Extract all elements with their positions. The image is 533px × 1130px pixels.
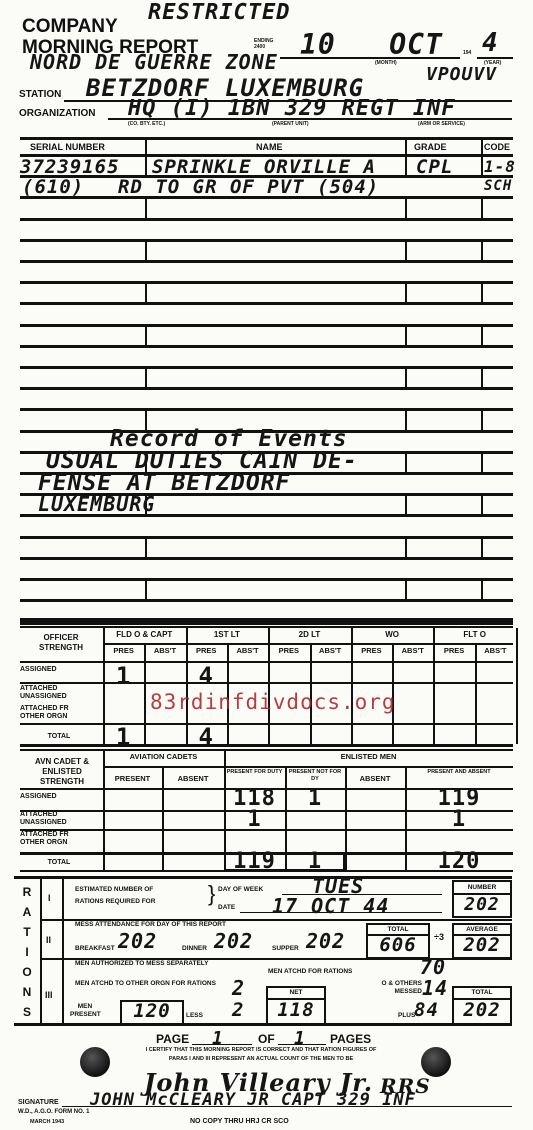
officer-col-separator (433, 628, 435, 744)
officer-subcol-header: PRES (103, 646, 144, 655)
roster-col-separator (481, 408, 483, 430)
mess-total-label: TOTAL (366, 926, 430, 933)
officer-group-header: FLD O & CAPT (103, 630, 186, 639)
certification-text: I CERTIFY THAT THIS MORNING REPORT IS CO… (136, 1046, 386, 1064)
roster-col-separator (405, 281, 407, 303)
report-date: 10 OCT (300, 28, 443, 61)
breakfast-label: BREAKFAST (75, 945, 115, 952)
roster-col-separator (481, 154, 483, 176)
page-label: PAGE (156, 1032, 189, 1046)
roster-rule (20, 302, 513, 305)
roster-top-rule (20, 137, 513, 140)
enlisted-subcol-header: PRESENT (103, 774, 162, 783)
roster-col-separator (145, 578, 147, 600)
officer-col-separator (516, 628, 518, 744)
roster-col-separator (481, 196, 483, 218)
officer-row-label: ATTACHED FROTHER ORGN (20, 705, 100, 721)
record-of-events-line3: LUXEMBURG (38, 492, 155, 516)
roster-header-separator (405, 138, 407, 154)
roster-col-separator (481, 281, 483, 303)
officer-group-header: FLT O (433, 630, 516, 639)
roster-col-separator (405, 536, 407, 558)
officer-subcol-header: ABS'T (227, 646, 268, 655)
roster-header-separator (481, 138, 483, 154)
enlisted-men-header: ENLISTED MEN (224, 752, 513, 761)
form-title-company: COMPANY (22, 16, 118, 38)
enlisted-cell-value: 1 (405, 807, 513, 832)
ending-label: ENDING 2400 (254, 38, 276, 50)
enlisted-cell-value: 1 (285, 849, 345, 874)
binder-hole-right (421, 1047, 451, 1077)
officer-subcol-header: PRES (268, 646, 309, 655)
supper-value: 202 (306, 929, 345, 953)
dinner-label: DINNER (182, 945, 207, 952)
enlisted-cell-value: 120 (405, 849, 513, 874)
plus-value: 84 (414, 999, 439, 1021)
organization-value: HQ (I) 1BN 329 REGT INF (128, 96, 456, 121)
officer-cell-value: 1 (103, 723, 144, 751)
section-iii-numeral: III (45, 990, 53, 1000)
roster-rule (20, 218, 513, 221)
roster-col-separator (481, 324, 483, 346)
roster-col-separator (145, 324, 147, 346)
rations-side-letter: O (20, 962, 34, 982)
others-messed-label: O & OTHERS MESSED (372, 980, 422, 996)
officer-row-label: ATTACHEDUNASSIGNED (20, 685, 100, 701)
officer-subcol-header: PRES (186, 646, 227, 655)
roster-rule (20, 366, 513, 369)
enlisted-rule (103, 766, 513, 768)
date-label: DATE (218, 904, 235, 911)
roster-rule (20, 324, 513, 327)
rations-side-label: RATIONS (20, 882, 34, 1022)
roster-col-separator (405, 324, 407, 346)
rations-top-rule (14, 876, 512, 879)
rations-side-letter: T (20, 922, 34, 942)
officer-subcol-header: PRES (433, 646, 474, 655)
col-name: NAME (256, 142, 283, 152)
org-caption-co: (CO. BTY. ETC.) (128, 121, 165, 127)
entry2-serial: (610) (22, 176, 84, 198)
officer-col-separator (475, 643, 477, 744)
station-label: STATION (19, 89, 61, 100)
average-value: 202 (452, 934, 512, 956)
officer-top-rule (20, 622, 513, 625)
roster-rule (20, 281, 513, 284)
entry-name: SPRINKLE ORVILLE A (152, 156, 376, 178)
officer-row-label: ASSIGNED (20, 666, 100, 674)
section-i-label1: ESTIMATED NUMBER OF (75, 886, 153, 893)
month-caption: (MONTH) (375, 60, 397, 66)
enlisted-row-label: ATTACHED UNASSIGNED (20, 811, 100, 827)
roster-col-separator (405, 366, 407, 388)
brace: } (208, 881, 215, 907)
enlisted-subcol-header: ABSENT (162, 774, 224, 783)
enlisted-subcol-header: PRESENT NOT FOR DY (285, 769, 345, 783)
roster-col-separator (405, 196, 407, 218)
form-date: MARCH 1943 (30, 1119, 64, 1125)
roster-col-separator (405, 578, 407, 600)
officer-group-header: 2D LT (268, 630, 351, 639)
roster-col-separator (481, 451, 483, 473)
entry-serial: 37239165 (20, 156, 120, 178)
rations-side-letter: R (20, 882, 34, 902)
officer-rule (20, 682, 513, 684)
section-i-label2: RATIONS REQUIRED FOR (75, 898, 155, 905)
number-value: 202 (452, 894, 512, 915)
copy-note: NO COPY THRU HRJ CR SCO (190, 1118, 289, 1125)
signature-name: JOHN McCLEARY JR CAPT 329 INF (90, 1090, 416, 1110)
roster-col-separator (405, 493, 407, 515)
officer-row-label: TOTAL (20, 733, 98, 741)
officer-cell-value: 4 (186, 723, 227, 751)
enlisted-row-label: ATTACHED FROTHER ORGN (20, 831, 100, 847)
less-value: 2 (232, 999, 244, 1021)
roster-col-separator (481, 493, 483, 515)
col-serial-number: SERIAL NUMBER (30, 142, 105, 152)
roster-col-separator (481, 239, 483, 261)
officer-subcol-header: ABS'T (144, 646, 185, 655)
enlisted-cell-value: 1 (285, 786, 345, 811)
roster-rule (20, 408, 513, 411)
roster-col-separator (405, 239, 407, 261)
divide-by-three: ÷3 (434, 932, 444, 942)
aviation-cadets-header: AVIATION CADETS (103, 752, 224, 761)
form-number: W.D., A.G.O. FORM NO. 1 (18, 1109, 89, 1115)
roster-col-separator (145, 154, 147, 176)
roster-col-separator (405, 451, 407, 473)
roster-col-separator (405, 154, 407, 176)
net-value: 118 (266, 999, 326, 1021)
enlisted-row-label: ASSIGNED (20, 793, 100, 801)
organization-label: ORGANIZATION (19, 108, 95, 119)
officer-cell-value: 1 (103, 662, 144, 690)
entry-grade: CPL (416, 156, 453, 178)
officer-rule (20, 661, 513, 663)
entry2-change: RD TO GR OF PVT (504) (118, 176, 379, 198)
men-atchd-for-rations-label: MEN ATCHD FOR RATIONS (268, 968, 352, 975)
roster-rule (20, 578, 513, 581)
officer-rule (20, 744, 513, 747)
org-caption-arm: (ARM OR SERVICE) (418, 121, 465, 127)
rations-side-letter: I (20, 942, 34, 962)
officer-top-rule-2 (20, 626, 513, 628)
officer-cell-value: 4 (186, 662, 227, 690)
col-grade: GRADE (414, 142, 447, 152)
roster-rule (20, 239, 513, 242)
enlisted-subcol-header: PRESENT AND ABSENT (405, 769, 513, 776)
enlisted-col-separator (162, 766, 164, 872)
officer-rule (20, 749, 513, 751)
roster-col-separator (405, 408, 407, 430)
officer-subcol-header: ABS'T (310, 646, 351, 655)
classification-stamp: RESTRICTED (148, 0, 290, 25)
report-year: 4 (482, 28, 499, 58)
officer-rule (20, 723, 513, 725)
breakfast-value: 202 (118, 929, 157, 953)
mess-total-value: 606 (366, 934, 430, 956)
apo-note: VPOUVV (426, 64, 497, 85)
plus-label: PLUS (398, 1012, 415, 1019)
men-present-value: 120 (120, 1000, 184, 1022)
roster-rule (20, 260, 513, 263)
ration-total-label: TOTAL (452, 989, 512, 996)
officer-col-separator (351, 628, 353, 744)
officer-strength-label: OFFICER STRENGTH (22, 633, 100, 653)
rations-bottom-rule (14, 1023, 512, 1026)
rations-vline-2 (62, 878, 64, 1024)
signature-label: SIGNATURE (18, 1099, 59, 1106)
roster-col-separator (145, 366, 147, 388)
roster-col-separator (145, 536, 147, 558)
roster-rule (20, 345, 513, 348)
officer-col-separator (144, 643, 146, 744)
section-ii-numeral: II (46, 935, 51, 945)
roster-bottom-rule (20, 618, 513, 621)
auth-mess-separately-label: MEN AUTHORIZED TO MESS SEPARATELY (75, 960, 245, 968)
officer-rule (103, 643, 513, 645)
ration-total-value: 202 (452, 999, 512, 1021)
officer-col-separator (268, 628, 270, 744)
binder-hole-left (80, 1047, 110, 1077)
org-caption-parent: (PARENT UNIT) (272, 121, 309, 127)
rations-vline-1 (40, 878, 42, 1024)
entry2-code: SCH (484, 178, 512, 194)
enlisted-subcol-header: PRESENT FOR DUTY (224, 769, 285, 776)
roster-rule (20, 387, 513, 390)
number-label: NUMBER (452, 884, 512, 891)
roster-col-separator (481, 536, 483, 558)
supper-label: SUPPER (272, 945, 299, 952)
roster-rule (20, 536, 513, 539)
officer-subcol-header: PRES (351, 646, 392, 655)
col-code: CODE (484, 142, 510, 152)
rations-side-letter: N (20, 982, 34, 1002)
officer-group-header: 1ST LT (186, 630, 269, 639)
enlisted-col-separator (103, 750, 105, 872)
location-note: NORD DE GUERRE ZONE (30, 50, 278, 74)
of-label: OF (258, 1032, 275, 1046)
officer-group-header: WO (351, 630, 434, 639)
men-present-label: MEN PRESENT (70, 1003, 100, 1019)
mess-attendance-label: MESS ATTENDANCE FOR DAY OF THIS REPORT (75, 921, 226, 928)
men-atchd-other-label: MEN ATCHD TO OTHER ORGN FOR RATIONS (75, 980, 225, 988)
rations-side-letter: S (20, 1002, 34, 1022)
roster-rule (20, 557, 513, 560)
dinner-value: 202 (214, 929, 253, 953)
rations-side-letter: A (20, 902, 34, 922)
entry-code: 1-8 (484, 157, 516, 176)
officer-subcol-header: ABS'T (392, 646, 433, 655)
roster-header-separator (145, 138, 147, 154)
roster-col-separator (145, 239, 147, 261)
roster-col-separator (145, 281, 147, 303)
enlisted-cell-value: 1 (224, 807, 285, 832)
enlisted-strength-label: AVN CADET & ENLISTED STRENGTH (22, 757, 102, 787)
officer-subcol-header: ABS'T (475, 646, 516, 655)
average-label: AVERAGE (452, 926, 512, 933)
pages-label: PAGES (330, 1032, 371, 1046)
others-messed-value: 14 (422, 976, 448, 1000)
year-prefix: 194 (463, 50, 471, 56)
enlisted-subcol-header: ABSENT (345, 774, 405, 783)
net-label: NET (266, 989, 326, 996)
men-atchd-other-value: 2 (232, 976, 245, 1000)
roster-rule (20, 599, 513, 602)
enlisted-cell-value: 119 (224, 849, 285, 874)
roster-col-separator (145, 196, 147, 218)
enlisted-row-label: TOTAL (20, 859, 98, 867)
roster-col-separator (481, 366, 483, 388)
watermark: 83rdinfdivdocs.org (150, 690, 396, 714)
less-label: LESS (186, 1012, 203, 1019)
rations-date-value: 17 OCT 44 (272, 894, 389, 918)
roster-col-separator (481, 578, 483, 600)
day-of-week-label: DAY OF WEEK (218, 886, 263, 893)
enlisted-col-separator (345, 766, 347, 872)
section-i-numeral: I (48, 893, 51, 903)
